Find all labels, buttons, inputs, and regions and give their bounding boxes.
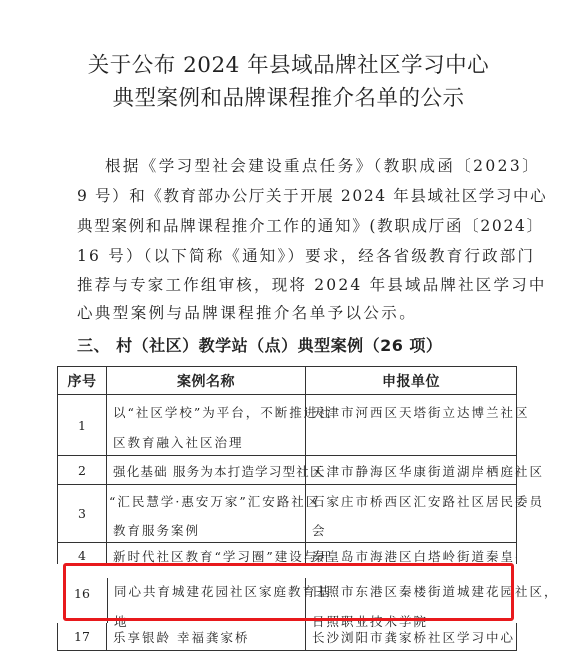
section-heading: 三、 村（社区）教学站（点）典型案例（26 项） [77, 333, 442, 356]
table-row: 4 新时代社区教育“学习圈”建设与开 秦皇岛市海港区白塔岭街道秦皇半岛 [57, 542, 517, 564]
row-case-name: 乐享银龄 幸福龚家桥 [107, 623, 306, 650]
row-case-name: 以“社区学校”为平台，不断推进社 区教育融入社区治理 [107, 395, 306, 455]
unit-line: 石家庄市桥西区汇安路社区居民委员 [312, 492, 544, 510]
row-no: 2 [57, 456, 107, 484]
highlight-box [63, 563, 514, 621]
row-case-name: 强化基础 服务为本打造学习型社区 [107, 456, 306, 484]
row-unit: 秦皇岛市海港区白塔岭街道秦皇半岛 [306, 543, 517, 564]
unit-line: 秦皇岛市海港区白塔岭街道秦皇半岛 [312, 547, 517, 564]
unit-line: 长沙浏阳市龚家桥社区学习中心 [312, 628, 515, 646]
table-row: 2 强化基础 服务为本打造学习型社区 天津市静海区华康街道湖岸栖庭社区 [57, 455, 517, 484]
row-no: 4 [57, 543, 107, 564]
table-row: 3 “汇民慧学·惠安万家”汇安路社区 教育服务案例 石家庄市桥西区汇安路社区居民… [57, 484, 517, 542]
table-bottom-border [57, 650, 517, 651]
case-name-line: 区教育融入社区治理 [113, 433, 244, 451]
document-title-line-2: 典型案例和品牌课程推介名单的公示 [0, 81, 577, 112]
table-row: 1 以“社区学校”为平台，不断推进社 区教育融入社区治理 天津市河西区天塔街立达… [57, 394, 517, 455]
case-name-line: 乐享银龄 幸福龚家桥 [113, 628, 249, 646]
row-unit: 天津市静海区华康街道湖岸栖庭社区 [306, 456, 517, 484]
case-name-line: 教育服务案例 [113, 521, 200, 539]
row-no: 1 [57, 395, 107, 455]
paragraph-line: 根据《学习型社会建设重点任务》（教职成函〔2023〕 [105, 154, 545, 176]
header-unit: 申报单位 [306, 367, 517, 394]
row-unit: 天津市河西区天塔街立达博兰社区 [306, 395, 517, 455]
row-case-name: 新时代社区教育“学习圈”建设与开 [107, 543, 306, 564]
document-title-line-1: 关于公布 2024 年县域品牌社区学习中心 [0, 48, 577, 79]
unit-line: 会 [312, 521, 327, 539]
case-name-line: 以“社区学校”为平台，不断推进社 [113, 403, 333, 421]
row-case-name: “汇民慧学·惠安万家”汇安路社区 教育服务案例 [107, 485, 306, 542]
paragraph-line: 推荐与专家工作组审核，现将 2024 年县域品牌社区学习中 [77, 273, 517, 295]
case-name-line: “汇民慧学·惠安万家”汇安路社区 [109, 492, 320, 510]
row-unit: 石家庄市桥西区汇安路社区居民委员 会 [306, 485, 517, 542]
case-name-line: 强化基础 服务为本打造学习型社区 [113, 462, 324, 480]
header-no: 序号 [57, 367, 107, 394]
unit-line: 天津市河西区天塔街立达博兰社区 [312, 403, 530, 421]
paragraph-line: 典型案例和品牌课程推介工作的通知》(教职成厅函〔2024〕 [77, 214, 517, 236]
header-case-name: 案例名称 [107, 367, 306, 394]
case-name-line: 新时代社区教育“学习圈”建设与开 [113, 547, 333, 564]
row-no: 17 [57, 623, 107, 650]
row-no: 3 [57, 485, 107, 542]
paragraph-line: 16 号）（以下简称《通知》）要求，经各省级教育行政部门 [77, 244, 517, 266]
table-header-row: 序号 案例名称 申报单位 [57, 366, 517, 394]
paragraph-line: 9 号）和《教育部办公厅关于开展 2024 年县域社区学习中心 [77, 184, 517, 206]
table-row: 17 乐享银龄 幸福龚家桥 长沙浏阳市龚家桥社区学习中心 [57, 623, 517, 650]
paragraph-line: 心典型案例与品牌课程推介名单予以公示。 [77, 301, 517, 323]
row-unit: 长沙浏阳市龚家桥社区学习中心 [306, 623, 517, 650]
unit-line: 天津市静海区华康街道湖岸栖庭社区 [312, 462, 544, 480]
